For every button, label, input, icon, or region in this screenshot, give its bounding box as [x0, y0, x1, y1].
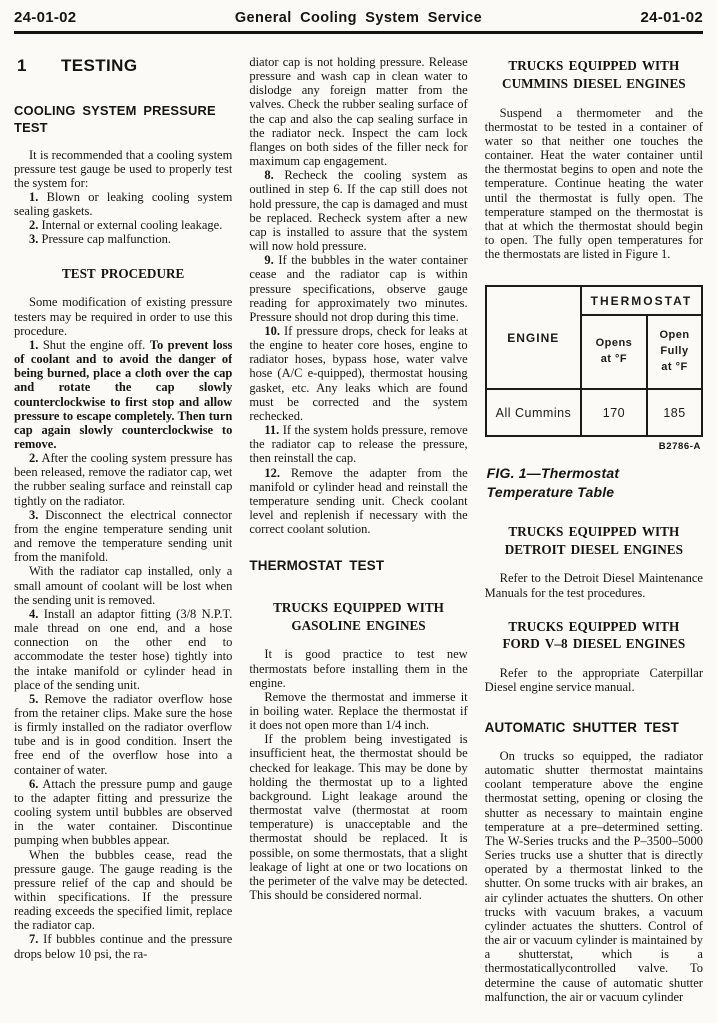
step-number: 11. — [264, 423, 279, 437]
step-number: 12. — [264, 466, 280, 480]
step-9: 9. If the bubbles in the water container… — [249, 253, 467, 324]
step-11: 11. If the system holds pressure, remove… — [249, 423, 467, 465]
step-text: Shut the engine off. — [43, 338, 145, 352]
header-rule — [14, 31, 703, 34]
paragraph-with-cap: With the radiator cap installed, only a … — [14, 564, 232, 606]
step-12: 12. Remove the adapter from the manifold… — [249, 466, 467, 537]
thermostat-table: ENGINE THERMOSTAT Opens at °F Open Fully… — [485, 285, 703, 437]
step-3: 3. Disconnect the electrical connector f… — [14, 508, 232, 565]
table-cell-engine: All Cummins — [486, 389, 581, 436]
table-cell-opens: 170 — [581, 389, 647, 436]
step-number: 7. — [29, 932, 38, 946]
step-text: Install an adaptor fitting (3/8 N.P.T. m… — [14, 607, 232, 692]
paragraph-modification: Some modification of existing pressure t… — [14, 295, 232, 337]
step-text: If pressure drops, check for leaks at th… — [249, 324, 467, 423]
step-number: 2. — [29, 451, 38, 465]
paragraph-ford-refer: Refer to the appropriate Caterpillar Die… — [485, 666, 703, 694]
table-header-engine: ENGINE — [486, 286, 581, 389]
list-item-text: Blown or leaking cooling system sealing … — [14, 190, 232, 218]
column-2: diator cap is not holding pressure. Rele… — [249, 55, 467, 1013]
step-text: If the bubbles in the water container ce… — [249, 253, 467, 324]
list-item-number: 2. — [29, 218, 38, 232]
heading-trucks-cummins-engines: TRUCKS EQUIPPED WITH CUMMINS DIESEL ENGI… — [491, 57, 697, 93]
section-heading: 1 TESTING — [17, 56, 232, 76]
column-3: TRUCKS EQUIPPED WITH CUMMINS DIESEL ENGI… — [485, 55, 703, 1013]
paragraph-boiling-water: Remove the thermostat and immerse it in … — [249, 690, 467, 732]
paragraph-shutter-test: On trucks so equipped, the radiator auto… — [485, 749, 703, 1004]
section-number: 1 — [17, 56, 61, 76]
step-number: 3. — [29, 508, 38, 522]
table-header-open-fully-at: Open Fully at °F — [647, 315, 702, 389]
list-item: 2. Internal or external cooling leakage. — [14, 218, 232, 232]
heading-test-procedure: TEST PROCEDURE — [20, 265, 226, 283]
step-4: 4. Install an adaptor fitting (3/8 N.P.T… — [14, 607, 232, 692]
table-header-opens-at: Opens at °F — [581, 315, 647, 389]
step-number: 5. — [29, 692, 38, 706]
step-text: After the cooling system pressure has be… — [14, 451, 232, 507]
step-number: 9. — [264, 253, 273, 267]
page-header: 24-01-02 General Cooling System Service … — [14, 9, 703, 26]
paragraph-when-bubbles: When the bubbles cease, read the pressur… — [14, 848, 232, 933]
step-text: If the system holds pressure, remove the… — [249, 423, 467, 465]
step-number: 10. — [264, 324, 280, 338]
figure-1: ENGINE THERMOSTAT Opens at °F Open Fully… — [485, 285, 703, 500]
step-number: 8. — [264, 168, 273, 182]
table-header-thermostat: THERMOSTAT — [581, 286, 702, 315]
step-text: Attach the pressure pump and gauge to th… — [14, 777, 232, 848]
list-item-number: 1. — [29, 190, 38, 204]
heading-trucks-gasoline-engines: TRUCKS EQUIPPED WITH GASOLINE ENGINES — [255, 599, 461, 635]
column-1: 1 TESTING COOLING SYSTEM PRESSURE TEST I… — [14, 55, 232, 1013]
heading-cooling-system-pressure-test: COOLING SYSTEM PRESSURE TEST — [14, 103, 232, 137]
step-text: Recheck the cooling system as outlined i… — [249, 168, 467, 253]
step-8: 8. Recheck the cooling system as outline… — [249, 168, 467, 253]
step-warning-text: To prevent loss of coolant and to avoid … — [14, 338, 232, 451]
header-code-left: 24-01-02 — [14, 9, 76, 26]
paragraph-leakage-check: If the problem being investigated is ins… — [249, 732, 467, 902]
paragraph-continuation: diator cap is not holding pressure. Rele… — [249, 55, 467, 168]
header-code-right: 24-01-02 — [641, 9, 703, 26]
list-item-text: Pressure cap malfunction. — [42, 232, 171, 246]
step-2: 2. After the cooling system pressure has… — [14, 451, 232, 508]
section-title: TESTING — [61, 56, 137, 76]
list-item: 1. Blown or leaking cooling system seali… — [14, 190, 232, 218]
heading-automatic-shutter-test: AUTOMATIC SHUTTER TEST — [485, 719, 703, 736]
heading-trucks-ford-engines: TRUCKS EQUIPPED WITH FORD V–8 DIESEL ENG… — [491, 618, 697, 654]
table-cell-open-fully: 185 — [647, 389, 702, 436]
step-text: Disconnect the electrical connector from… — [14, 508, 232, 564]
step-text: Remove the adapter from the manifold or … — [249, 466, 467, 537]
step-1: 1. Shut the engine off. To prevent loss … — [14, 338, 232, 451]
paragraph-intro: It is recommended that a cooling system … — [14, 148, 232, 190]
heading-thermostat-test: THERMOSTAT TEST — [249, 557, 467, 574]
step-text: If bubbles continue and the pressure dro… — [14, 932, 232, 960]
manual-page: 24-01-02 General Cooling System Service … — [0, 0, 717, 1023]
figure-code: B2786-A — [485, 441, 701, 452]
paragraph-cummins-test: Suspend a thermometer and the thermostat… — [485, 106, 703, 262]
step-number: 1. — [29, 338, 38, 352]
step-5: 5. Remove the radiator overflow hose fro… — [14, 692, 232, 777]
paragraph-good-practice: It is good practice to test new thermost… — [249, 647, 467, 689]
step-number: 6. — [29, 777, 38, 791]
step-10: 10. If pressure drops, check for leaks a… — [249, 324, 467, 423]
table-row: All Cummins 170 185 — [486, 389, 702, 436]
step-number: 4. — [29, 607, 38, 621]
paragraph-detroit-refer: Refer to the Detroit Diesel Maintenance … — [485, 571, 703, 599]
page-title: General Cooling System Service — [235, 10, 482, 26]
step-text: Remove the radiator overflow hose from t… — [14, 692, 232, 777]
step-6: 6. Attach the pressure pump and gauge to… — [14, 777, 232, 848]
list-item: 3. Pressure cap malfunction. — [14, 232, 232, 246]
heading-trucks-detroit-engines: TRUCKS EQUIPPED WITH DETROIT DIESEL ENGI… — [491, 523, 697, 559]
three-column-body: 1 TESTING COOLING SYSTEM PRESSURE TEST I… — [14, 55, 703, 1013]
list-item-text: Internal or external cooling leakage. — [42, 218, 223, 232]
list-item-number: 3. — [29, 232, 38, 246]
step-7: 7. If bubbles continue and the pressure … — [14, 932, 232, 960]
figure-caption: FIG. 1—Thermostat Temperature Table — [487, 464, 703, 500]
